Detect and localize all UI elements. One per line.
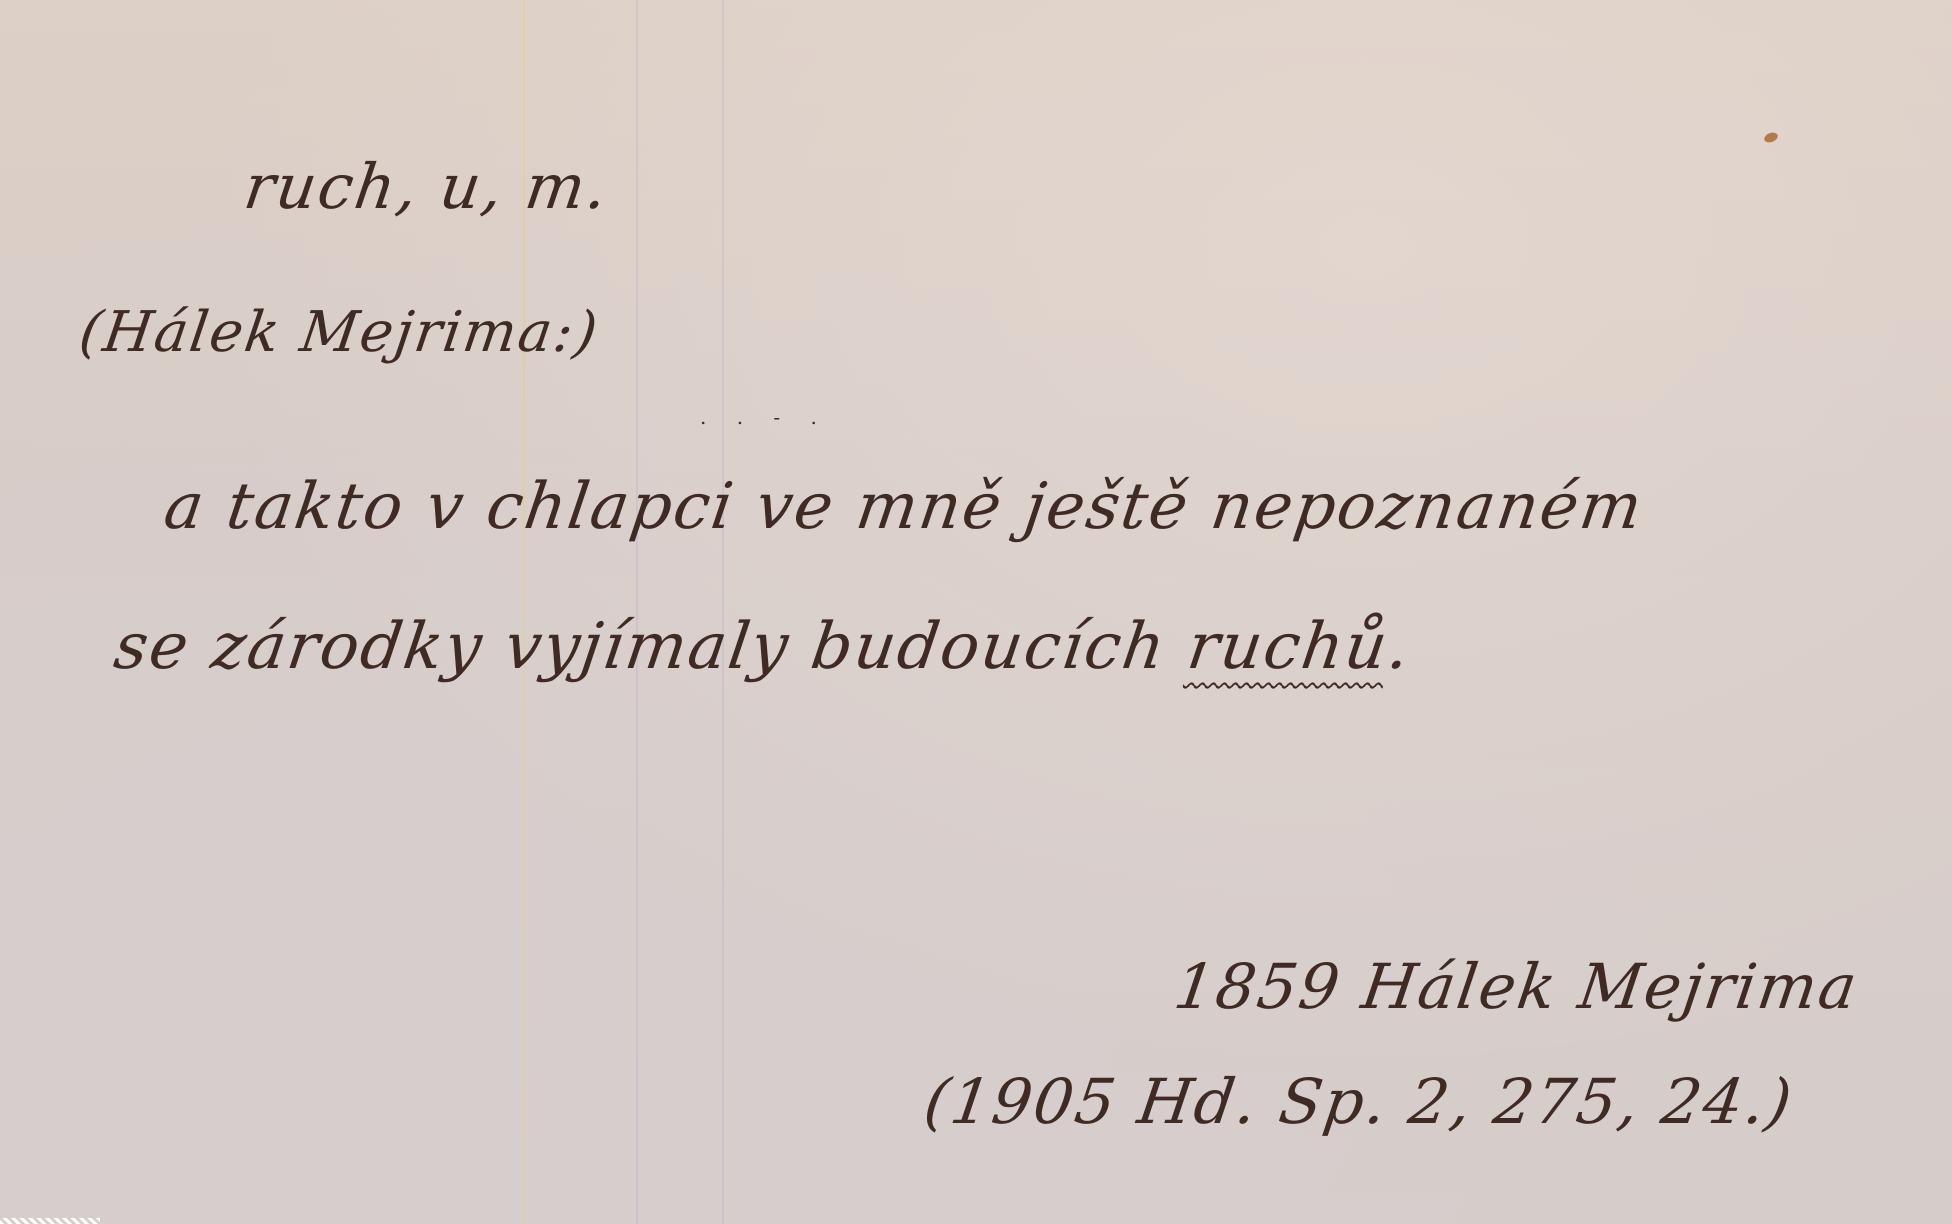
paper-sheet: ruch, u, m. (Hálek Mejrima:) . . - . a t… — [0, 0, 1952, 1224]
quote-line-2: se zárodky vyjímaly budoucích ruchů. — [110, 610, 1416, 684]
underlined-keyword: ruchů — [1183, 610, 1393, 684]
ellipsis-dots: . . - . — [700, 405, 829, 429]
ink-stain — [1763, 131, 1779, 144]
quote-line-2-prefix: se zárodky vyjímaly budoucích — [110, 610, 1171, 684]
citation: (1905 Hd. Sp. 2, 275, 24.) — [920, 1065, 1798, 1138]
attribution: 1859 Hálek Mejrima — [1170, 950, 1863, 1023]
scan-corner-mark — [0, 1218, 100, 1224]
source-note: (Hálek Mejrima:) — [75, 300, 603, 365]
quote-line-1: a takto v chlapci ve mně ještě nepoznané… — [160, 470, 1648, 544]
headword: ruch, u, m. — [240, 150, 614, 223]
